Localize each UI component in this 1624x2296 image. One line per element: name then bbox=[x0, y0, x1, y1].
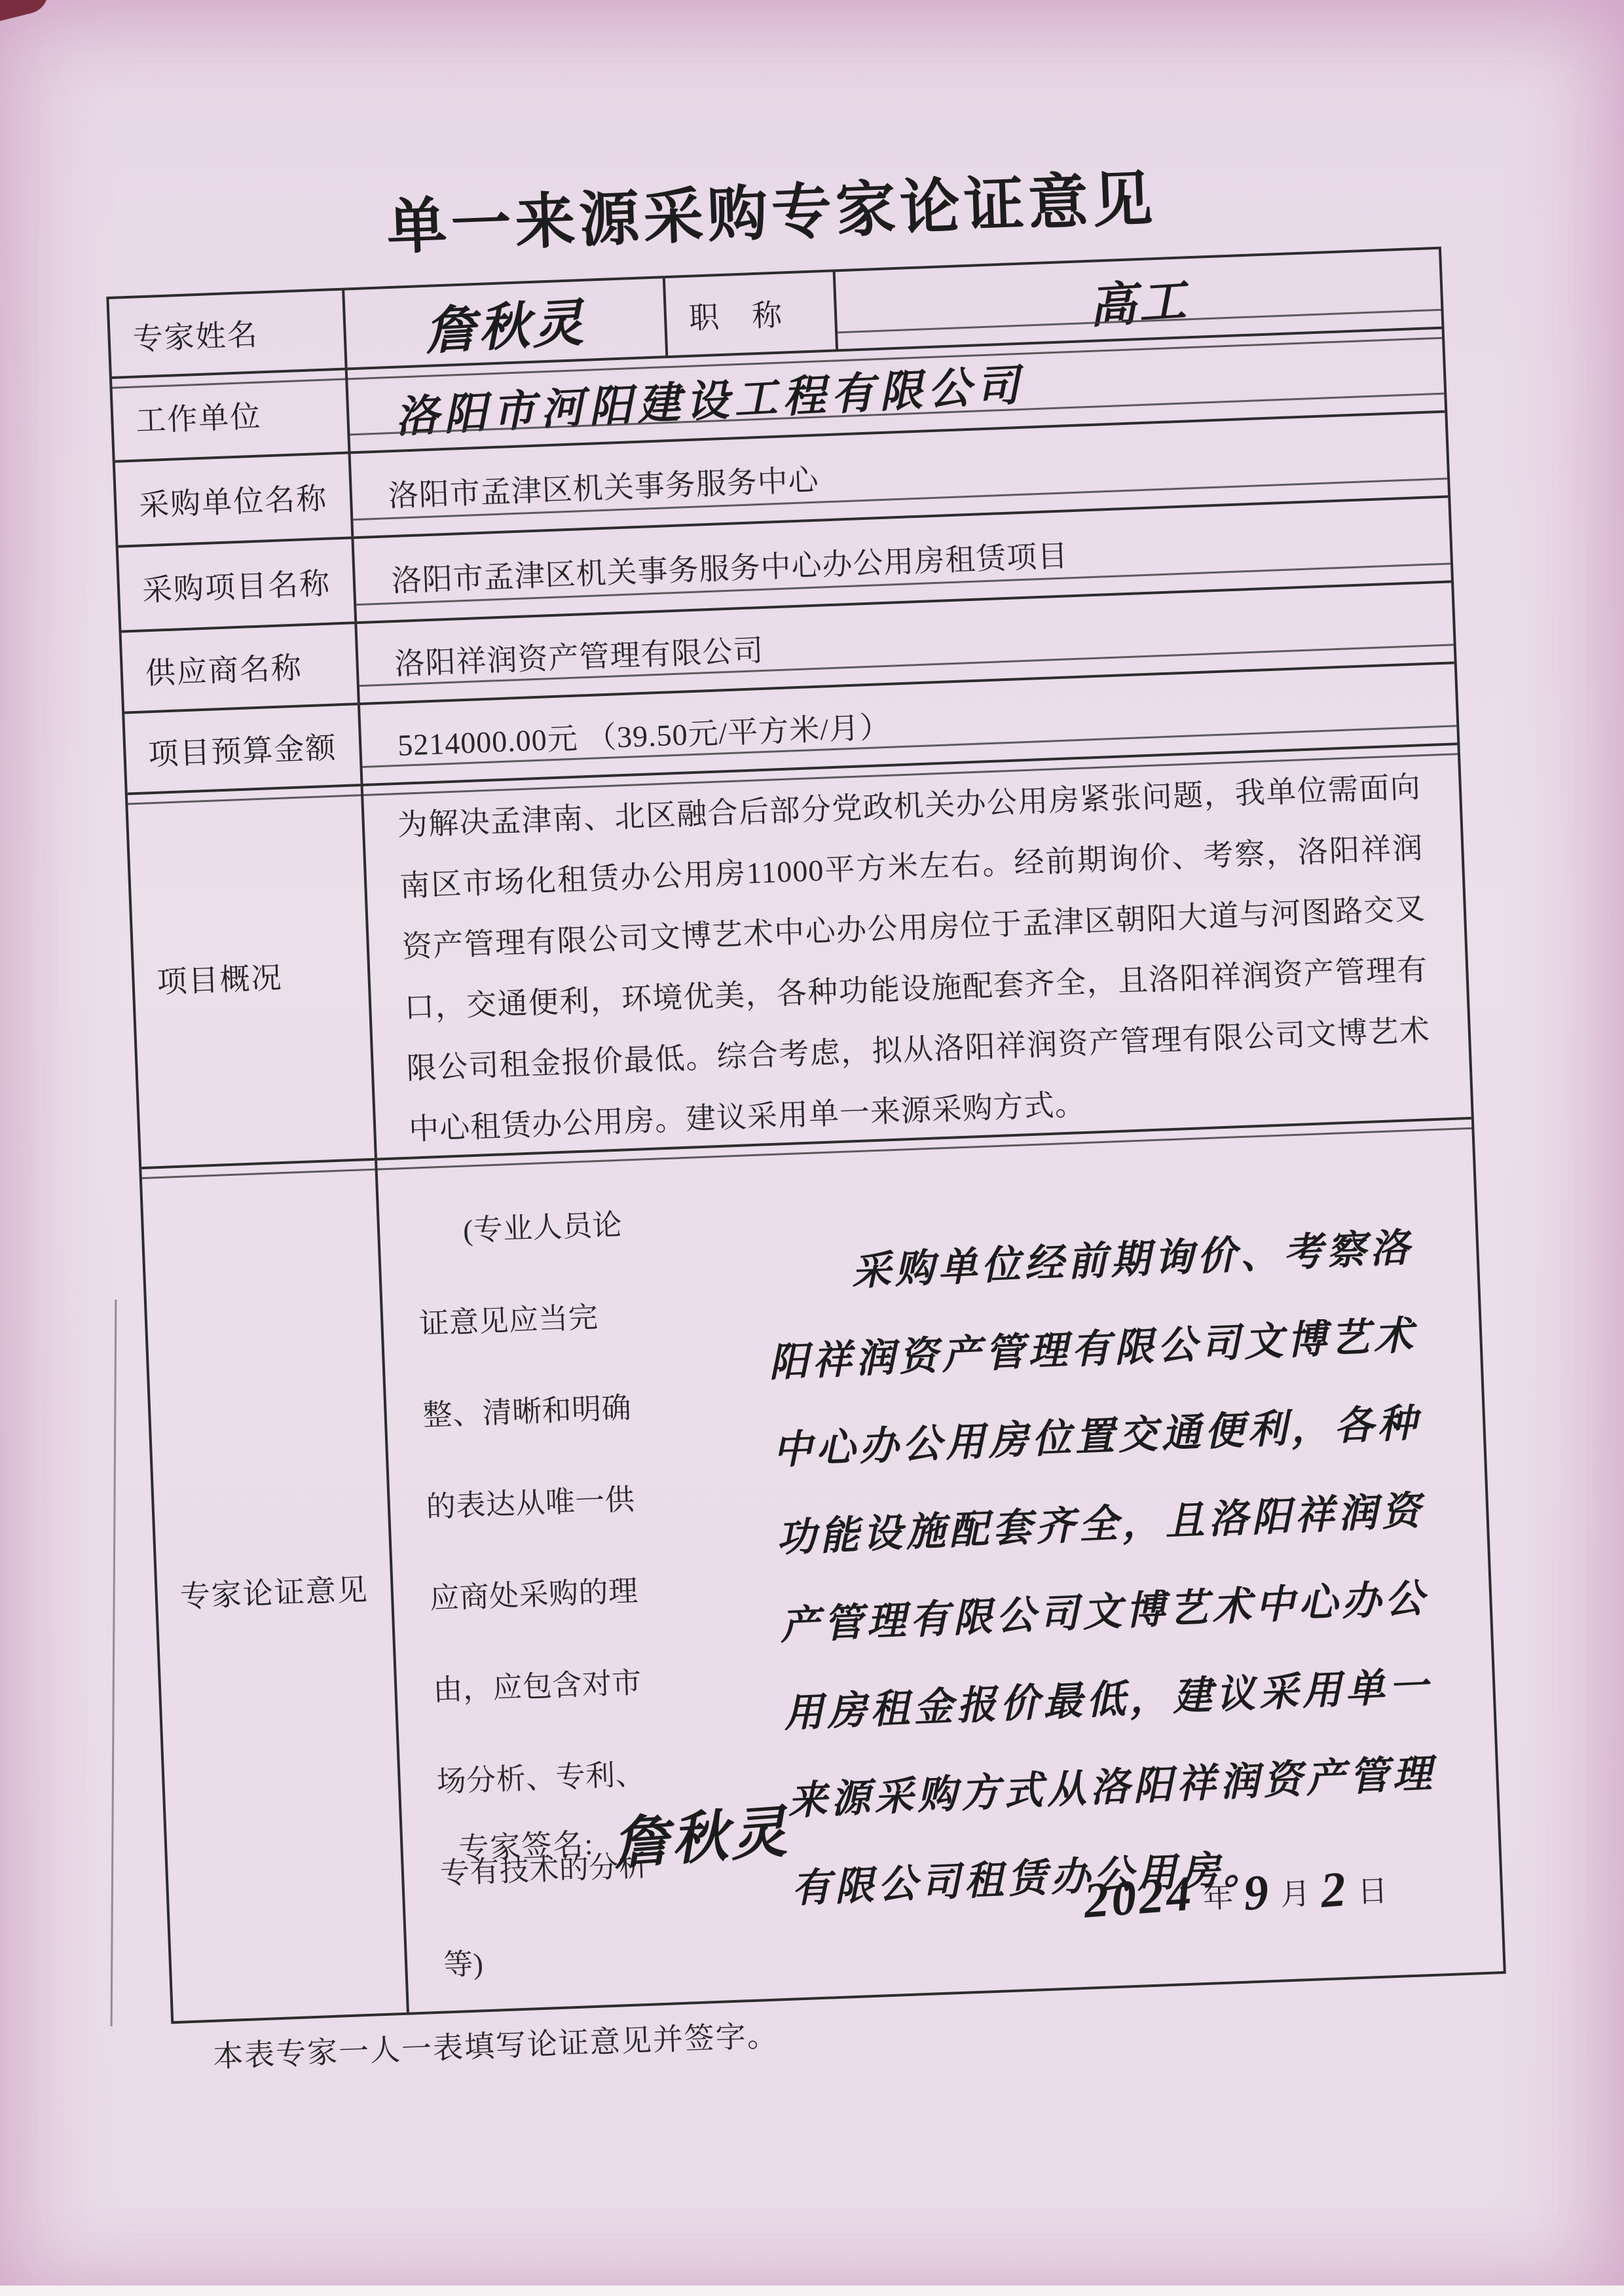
opinion-value: (专业人员论证意见应当完整、清晰和明确的表达从唯一供应商处采购的理由，应包含对市… bbox=[377, 1120, 1504, 2013]
document-sheet: 单一来源采购专家论证意见 专家姓名 詹秋灵 职 称 高工 工作单位 洛阳市河阳建… bbox=[103, 153, 1508, 2081]
opinion-instruction-note: (专业人员论证意见应当完整、清晰和明确的表达从唯一供应商处采购的理由，应包含对市… bbox=[415, 1178, 670, 2011]
label-expert-name: 专家姓名 bbox=[109, 291, 347, 376]
label-project-name: 采购项目名称 bbox=[119, 539, 357, 630]
label-budget: 项目预算金额 bbox=[124, 705, 363, 792]
scan-fold-line bbox=[111, 1300, 117, 2026]
label-opinion: 专家论证意见 bbox=[141, 1161, 409, 2022]
scan-corner-artifact bbox=[0, 0, 53, 23]
handwritten-month: 9 bbox=[1242, 1866, 1273, 1920]
table-row-overview: 项目概况 为解决孟津南、北区融合后部分党政机关办公用房紧张问题，我单位需面向南区… bbox=[128, 742, 1471, 1167]
date-line: 2024 年 9 月 2 日 bbox=[1074, 1861, 1390, 1925]
handwritten-year: 2024 bbox=[1082, 1867, 1195, 1927]
expert-name-value: 詹秋灵 bbox=[344, 278, 668, 367]
overview-value: 为解决孟津南、北区融合后部分党政机关办公用房紧张问题，我单位需面向南区市场化租赁… bbox=[363, 745, 1471, 1157]
handwritten-expert-name: 詹秋灵 bbox=[422, 282, 587, 364]
handwritten-job-title: 高工 bbox=[1086, 262, 1190, 336]
table-row-opinion: 专家论证意见 (专业人员论证意见应当完整、清晰和明确的表达从唯一供应商处采购的理… bbox=[141, 1117, 1504, 2021]
label-job-title: 职 称 bbox=[665, 272, 838, 355]
handwritten-opinion: 采购单位经前期询价、考察洛阳祥润资产管理有限公司文博艺术中心办公用房位置交通便利… bbox=[763, 1203, 1463, 1933]
scanned-page: 单一来源采购专家论证意见 专家姓名 詹秋灵 职 称 高工 工作单位 洛阳市河阳建… bbox=[0, 0, 1624, 2296]
handwritten-signature: 詹秋灵 bbox=[610, 1800, 791, 1876]
label-work-unit: 工作单位 bbox=[112, 370, 350, 460]
handwritten-day: 2 bbox=[1319, 1863, 1350, 1917]
signature-line: 专家签名: 詹秋灵 bbox=[458, 1804, 790, 1879]
label-supplier: 供应商名称 bbox=[122, 624, 360, 711]
overview-paragraph: 为解决孟津南、北区融合后部分党政机关办公用房紧张问题，我单位需面向南区市场化租赁… bbox=[363, 742, 1471, 1161]
day-unit: 日 bbox=[1357, 1868, 1390, 1915]
month-unit: 月 bbox=[1280, 1871, 1313, 1918]
signature-label: 专家签名: bbox=[458, 1815, 595, 1879]
label-overview: 项目概况 bbox=[128, 786, 377, 1167]
form-table: 专家姓名 詹秋灵 职 称 高工 工作单位 洛阳市河阳建设工程有限公司 采购单位名… bbox=[106, 247, 1506, 2024]
scan-bottom-edge bbox=[0, 2286, 1624, 2296]
year-unit: 年 bbox=[1202, 1874, 1236, 1921]
label-purchaser: 采购单位名称 bbox=[115, 454, 354, 545]
